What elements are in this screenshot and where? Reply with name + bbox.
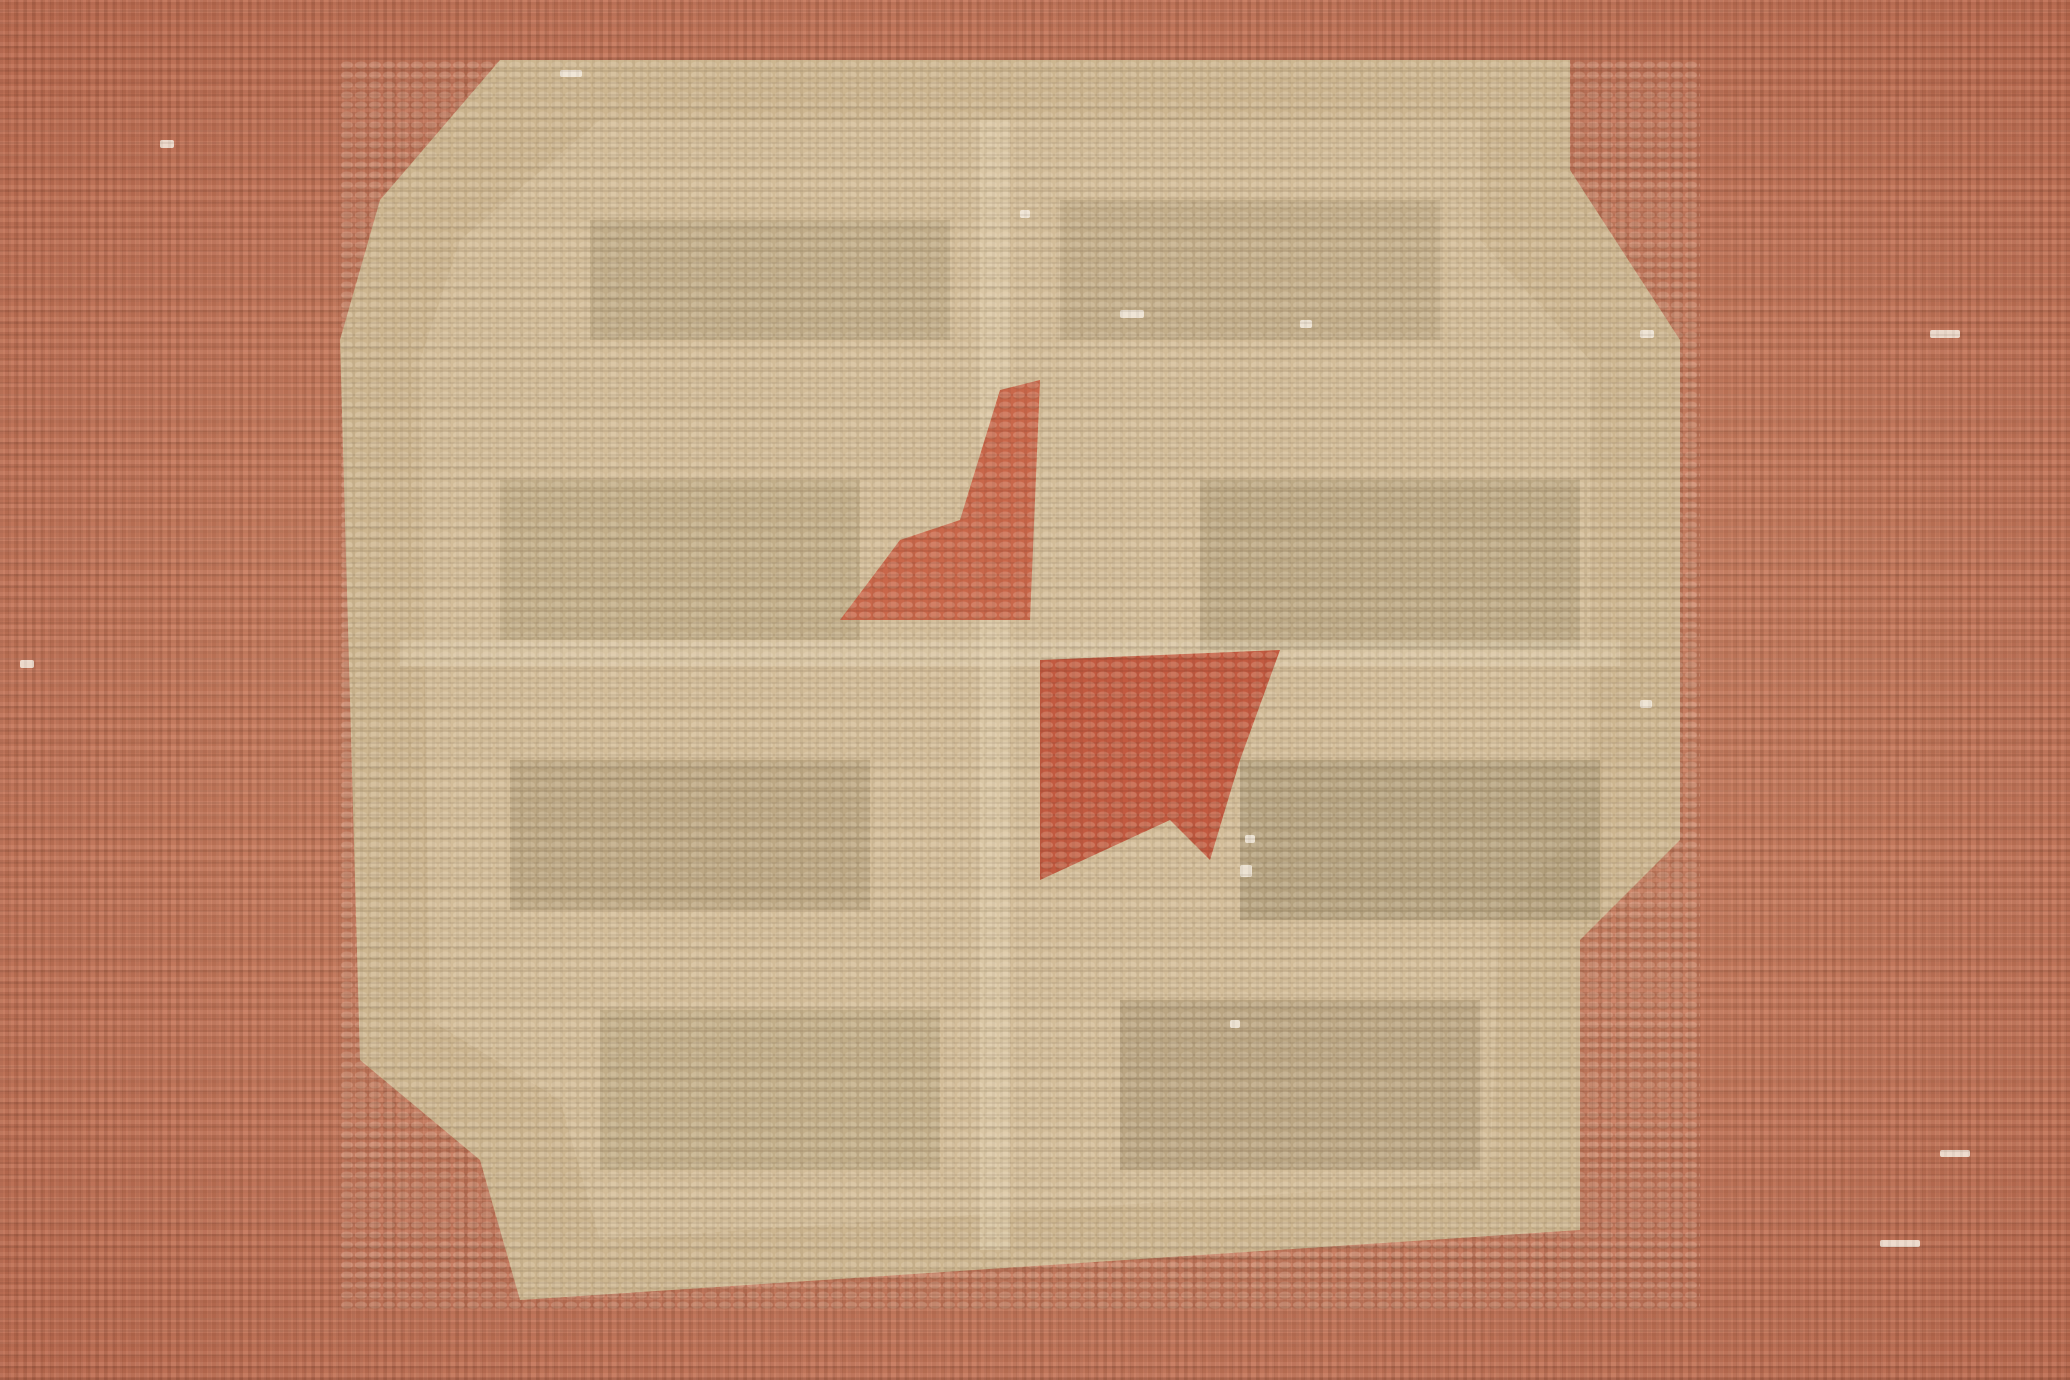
wool-speck xyxy=(1640,700,1652,708)
rug-medallion xyxy=(340,60,1700,1310)
wool-speck xyxy=(1940,1150,1970,1157)
wool-speck xyxy=(1120,310,1144,318)
wool-speck xyxy=(20,660,34,668)
wool-speck xyxy=(1240,865,1252,877)
wool-speck xyxy=(1230,1020,1240,1028)
rug-photo xyxy=(0,0,2070,1380)
wool-speck xyxy=(560,70,582,77)
wool-speck xyxy=(1880,1240,1920,1247)
wool-speck xyxy=(1930,330,1960,338)
wool-speck xyxy=(1245,835,1255,843)
wool-speck xyxy=(1300,320,1312,328)
wool-speck xyxy=(1640,330,1654,338)
wool-speck xyxy=(1020,210,1030,218)
wool-speck xyxy=(160,140,174,148)
